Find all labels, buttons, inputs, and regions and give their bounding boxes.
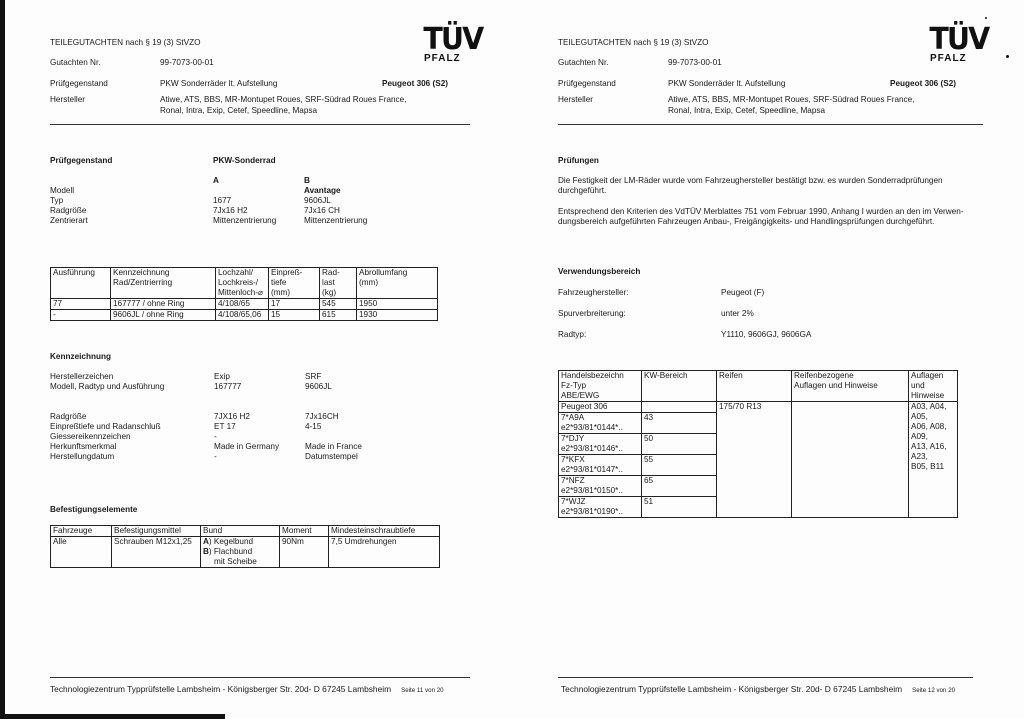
header-cell: Auflagen undHinweise (909, 371, 958, 402)
type-cell: 7*KFXe2*93/81*0147*.. (559, 455, 642, 476)
pruefgegenstand-label: Prüfgegenstand (558, 79, 616, 89)
kennzeichnung-label: Radgröße (50, 412, 86, 422)
befestigung-heading: Befestigungselemente (50, 505, 137, 515)
header-cell: Befestigungsmittel (112, 526, 201, 537)
header-cell: Abrollumfang(mm) (357, 268, 438, 299)
header-cell: Kennzeichnung Rad/Zentrierring (111, 268, 216, 299)
table-cell: 1930 (357, 310, 438, 321)
tyre-cell: 175/70 R13 (717, 402, 792, 518)
kw-cell: 51 (642, 497, 717, 518)
table-cell: 15 (269, 310, 320, 321)
page-number: Seite 11 von 20 (401, 687, 444, 694)
logo-tuv-text: TÜV (929, 26, 980, 54)
logo-tuv-text: TÜV (423, 26, 474, 54)
footer-divider (50, 677, 470, 678)
header-divider (558, 124, 983, 125)
kennzeichnung-label: Herkunftsmerkmal (50, 442, 116, 452)
verwendung-value: unter 2% (721, 309, 754, 319)
pruef-row-b: 7Jx16 CH (304, 206, 340, 216)
hersteller-line1: Atiwe, ATS, BBS, MR-Montupet Roues, SRF-… (160, 95, 406, 105)
footer-address: Technologiezentrum Typprüfstelle Lambshe… (561, 684, 902, 694)
header-cell: HandelsbezeichnFz-TypABE/EWG (559, 371, 642, 402)
befestigung-header-row: Fahrzeuge Befestigungsmittel Bund Moment… (51, 526, 440, 537)
doc-title: TEILEGUTACHTEN nach § 19 (3) StVZO (50, 38, 200, 48)
type-cell: 7*NFZe2*93/81*0150*.. (559, 476, 642, 497)
vehicle-model: Peugeot 306 (S2) (382, 79, 448, 89)
header-cell: Moment (280, 526, 329, 537)
document-page-12: TEILEGUTACHTEN nach § 19 (3) StVZO Gutac… (558, 0, 978, 719)
kennzeichnung-a: - (214, 432, 217, 442)
scan-speck (985, 17, 987, 19)
wheel-table: AusführungKennzeichnung Rad/Zentrierring… (50, 267, 438, 321)
verwendung-label: Spurverbreiterung: (558, 309, 626, 319)
pruefgegenstand-label: Prüfgegenstand (50, 79, 108, 89)
tuv-pfalz-logo: TÜV PFALZ (422, 22, 476, 64)
type-cell: 7*A9Ae2*93/81*0144*.. (559, 413, 642, 434)
wheel-table-header-row: AusführungKennzeichnung Rad/Zentrierring… (51, 268, 438, 299)
logo-pfalz-text: PFALZ (424, 53, 461, 65)
pruef-row-label: Radgröße (50, 206, 86, 216)
header-cell: Rad-last(kg) (320, 268, 357, 299)
kw-cell: 50 (642, 434, 717, 455)
footer: Technologiezentrum Typprüfstelle Lambshe… (561, 684, 955, 694)
pruef-row-b: Mittenzentrierung (304, 216, 367, 226)
table-cell: 615 (320, 310, 357, 321)
kennzeichnung-label: Herstellerzeichen (50, 372, 113, 382)
header-cell: KW-Bereich (642, 371, 717, 402)
gutachten-number: 99-7073-00-01 (668, 58, 722, 68)
pruef-row-b: 9606JL (304, 196, 331, 206)
pruefungen-heading: Prüfungen (558, 156, 599, 166)
document-page-11: TEILEGUTACHTEN nach § 19 (3) StVZO Gutac… (50, 0, 475, 719)
verwendung-value: Y1110, 9606GJ, 9606GA (721, 330, 811, 340)
pruef-row-a: 7Jx16 H2 (213, 206, 248, 216)
footer: Technologiezentrum Typprüfstelle Lambshe… (50, 684, 444, 694)
pruef-row-b: Avantage (304, 186, 341, 196)
table-cell: 77 (51, 299, 111, 310)
befestigung-table: Fahrzeuge Befestigungsmittel Bund Moment… (50, 525, 440, 568)
vehicle-table-header-row: HandelsbezeichnFz-TypABE/EWGKW-BereichRe… (559, 371, 958, 402)
type-cell: 7*DJYe2*93/81*0146*.. (559, 434, 642, 455)
bund-a: ) Kegelbund (209, 537, 253, 546)
kennzeichnung-b: Made in France (305, 442, 362, 452)
hersteller-label: Hersteller (50, 95, 85, 105)
gutachten-number: 99-7073-00-01 (160, 58, 214, 68)
table-cell: 1950 (357, 299, 438, 310)
hersteller-line1: Atiwe, ATS, BBS, MR-Montupet Roues, SRF-… (668, 95, 914, 105)
vehicle-table: HandelsbezeichnFz-TypABE/EWGKW-BereichRe… (558, 370, 958, 518)
table-cell: 4/108/65 (216, 299, 269, 310)
logo-pfalz-text: PFALZ (930, 53, 967, 65)
moment-cell: 90Nm (280, 537, 329, 568)
header-cell: Einpreß-tiefe(mm) (269, 268, 320, 299)
gutachten-label: Gutachten Nr. (50, 58, 101, 68)
verwendung-heading: Verwendungsbereich (558, 267, 640, 277)
kennzeichnung-a: Exip (214, 372, 230, 382)
table-cell: - (51, 310, 111, 321)
hersteller-line2: Ronal, Intra, Exip, Cetef, Speedline, Ma… (668, 106, 825, 116)
tiefe-cell: 7,5 Umdrehungen (329, 537, 440, 568)
table-cell: 545 (320, 299, 357, 310)
table-cell: 17 (269, 299, 320, 310)
verwendung-label: Fahrzeughersteller: (558, 288, 629, 298)
table-row: -9606JL / ohne Ring4/108/65,06156151930 (51, 310, 438, 321)
pruef-heading: Prüfgegenstand (50, 156, 112, 166)
vehicle-model: Peugeot 306 (S2) (890, 79, 956, 89)
befestigung-row: Alle Schrauben M12x1,25 A) Kegelbund B) … (51, 537, 440, 568)
tyre-notes-cell (792, 402, 909, 518)
tuv-pfalz-logo: TÜV PFALZ (928, 22, 982, 64)
hersteller-label: Hersteller (558, 95, 593, 105)
kennzeichnung-b: 4-15 (305, 422, 321, 432)
kennzeichnung-label: Herstellungdatum (50, 452, 114, 462)
column-b-label: B (304, 176, 310, 186)
bund-b-detail: mit Scheibe (203, 557, 277, 567)
header-divider (50, 124, 470, 125)
bund-cell: A) Kegelbund B) Flachbund mit Scheibe (201, 537, 280, 568)
table-cell: 4/108/65,06 (216, 310, 269, 321)
kennzeichnung-a: 167777 (214, 382, 241, 392)
table-row: 77167777 / ohne Ring4/108/65175451950 (51, 299, 438, 310)
header-cell: Lochzahl/Lochkreis-/Mittenloch-⌀ (216, 268, 269, 299)
pruef-row-label: Modell (50, 186, 74, 196)
header-cell: Reifen (717, 371, 792, 402)
fahrzeuge-cell: Alle (51, 537, 112, 568)
footer-address: Technologiezentrum Typprüfstelle Lambshe… (50, 684, 391, 694)
header-cell: Bund (201, 526, 280, 537)
pruef-subheading: PKW-Sonderrad (213, 156, 276, 166)
table-cell: 167777 / ohne Ring (111, 299, 216, 310)
header-cell: Mindesteinschraubtiefe (329, 526, 440, 537)
pruefgegenstand-value: PKW Sonderräder lt. Aufstellung (668, 79, 785, 89)
kennzeichnung-b: 7Jx16CH (305, 412, 339, 422)
type-cell: 7*WJZe2*93/81*0190*.. (559, 497, 642, 518)
header-cell: Ausführung (51, 268, 111, 299)
kennzeichnung-a: ET 17 (214, 422, 236, 432)
kw-cell (642, 402, 717, 413)
kw-cell: 65 (642, 476, 717, 497)
pruefgegenstand-value: PKW Sonderräder lt. Aufstellung (160, 79, 277, 89)
scan-edge-shadow (0, 0, 5, 719)
header-cell: ReifenbezogeneAuflagen und Hinweise (792, 371, 909, 402)
pruefungen-para1: Die Festigkeit der LM-Räder wurde vom Fa… (558, 176, 943, 186)
bund-b: ) Flachbund (209, 547, 252, 556)
kw-cell: 55 (642, 455, 717, 476)
pruef-row-a: Mittenzentrierung (213, 216, 276, 226)
table-row: Peugeot 306175/70 R13A03, A04, A05,A06, … (559, 402, 958, 413)
notes-cell: A03, A04, A05,A06, A08, A09,A13, A16, A2… (909, 402, 958, 518)
column-a-label: A (213, 176, 219, 186)
pruefungen-para1-cont: durchgeführt. (558, 186, 606, 196)
kennzeichnung-label: Einpreßtiefe und Radanschluß (50, 422, 161, 432)
model-cell: Peugeot 306 (559, 402, 642, 413)
pruefungen-para2: Entsprechend den Kriterien des VdTÜV Mer… (558, 207, 964, 217)
kennzeichnung-heading: Kennzeichnung (50, 352, 111, 362)
mittel-cell: Schrauben M12x1,25 (112, 537, 201, 568)
verwendung-value: Peugeot (F) (721, 288, 764, 298)
pruef-row-label: Zentrierart (50, 216, 88, 226)
kennzeichnung-a: - (214, 452, 217, 462)
pruef-row-label: Typ (50, 196, 63, 206)
gutachten-label: Gutachten Nr. (558, 58, 609, 68)
kennzeichnung-b: Datumstempel (305, 452, 358, 462)
pruef-row-a: 1677 (213, 196, 231, 206)
kw-cell: 43 (642, 413, 717, 434)
kennzeichnung-a: Made in Germany (214, 442, 279, 452)
kennzeichnung-b: 9606JL (305, 382, 332, 392)
table-cell: 9606JL / ohne Ring (111, 310, 216, 321)
header-cell: Fahrzeuge (51, 526, 112, 537)
hersteller-line2: Ronal, Intra, Exip, Cetef, Speedline, Ma… (160, 106, 317, 116)
verwendung-label: Radtyp: (558, 330, 586, 340)
kennzeichnung-a: 7JX16 H2 (214, 412, 250, 422)
doc-title: TEILEGUTACHTEN nach § 19 (3) StVZO (558, 38, 708, 48)
scan-speck (1006, 55, 1009, 58)
kennzeichnung-label: Giessereikennzeichen (50, 432, 131, 442)
page-number: Seite 12 von 20 (912, 687, 955, 694)
footer-divider (558, 677, 973, 678)
pruefungen-para2-cont: dungsbereich aufgeführten Fahrzeugen Anb… (558, 217, 934, 227)
kennzeichnung-label: Modell, Radtyp und Ausführung (50, 382, 164, 392)
kennzeichnung-b: SRF (305, 372, 321, 382)
